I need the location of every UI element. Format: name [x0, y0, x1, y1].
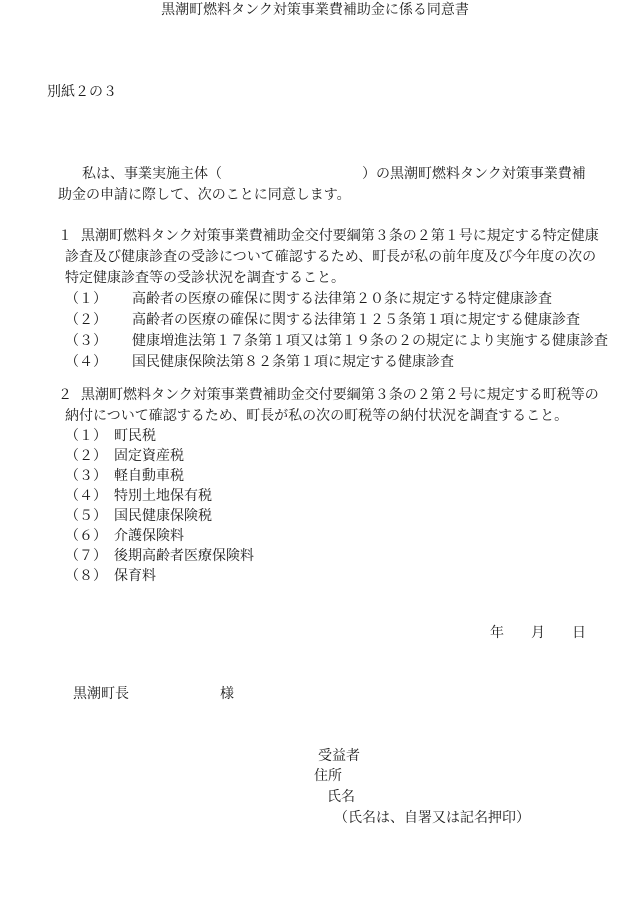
- intro-text-before-blank: 私は、事業実施主体（: [82, 167, 222, 182]
- list-item-text: 高齢者の医療の確保に関する法律第１２５条第１項に規定する健康診査: [132, 313, 580, 328]
- document-title: 黒潮町燃料タンク対策事業費補助金に係る同意書: [0, 0, 630, 21]
- section-1-number: １: [58, 226, 72, 247]
- list-item-text: 後期高齢者医療保険料: [114, 549, 254, 564]
- list-item-number: （８）: [65, 567, 107, 587]
- list-item: （８）保育料: [65, 567, 254, 587]
- honorific-label: 様: [220, 687, 234, 702]
- list-item-text: 高齢者の医療の確保に関する法律第２０条に規定する特定健康診査: [132, 292, 552, 307]
- list-item-number: （６）: [65, 527, 107, 547]
- list-item-text: 介護保険料: [114, 529, 184, 544]
- addressee-title: 黒潮町長: [73, 687, 129, 702]
- list-item-number: （４）: [65, 352, 107, 373]
- list-item-number: （１）: [65, 289, 107, 310]
- list-item: （３）軽自動車税: [65, 467, 254, 487]
- list-item: （７）後期高齢者医療保険料: [65, 547, 254, 567]
- address-label: 住所: [314, 766, 342, 787]
- list-item-number: （１）: [65, 427, 107, 447]
- list-item: （５）国民健康保険税: [65, 507, 254, 527]
- list-item-number: （５）: [65, 507, 107, 527]
- section-2-heading-line: 納付について確認するため、町長が私の次の町税等の納付状況を調査すること。: [65, 406, 599, 427]
- document-page: 別紙２の３ 黒潮町燃料タンク対策事業費補助金に係る同意書 私は、事業実施主体（）…: [0, 0, 630, 903]
- intro-line-1: 私は、事業実施主体（）の黒潮町燃料タンク対策事業費補: [82, 164, 586, 185]
- list-item: （６）介護保険料: [65, 527, 254, 547]
- intro-line-2: 助金の申請に際して、次のことに同意します。: [58, 185, 586, 206]
- signatory-role-label: 受益者: [318, 746, 360, 767]
- signature-note: （氏名は、自署又は記名押印）: [334, 808, 530, 829]
- date-line: 年 月 日: [490, 623, 586, 644]
- list-item-number: （７）: [65, 547, 107, 567]
- section-1-heading-text: 黒潮町燃料タンク対策事業費補助金交付要綱第３条の２第１号に規定する特定健康: [81, 229, 599, 244]
- section-1: １黒潮町燃料タンク対策事業費補助金交付要綱第３条の２第１号に規定する特定健康 診…: [58, 226, 608, 373]
- list-item: （４）特別土地保有税: [65, 487, 254, 507]
- list-item-number: （２）: [65, 310, 107, 331]
- name-label: 氏名: [327, 787, 355, 808]
- list-item-text: 保育料: [114, 569, 156, 584]
- list-item-text: 特別土地保有税: [114, 489, 212, 504]
- list-item-number: （３）: [65, 467, 107, 487]
- list-item-number: （２）: [65, 447, 107, 467]
- list-item-number: （３）: [65, 331, 107, 352]
- list-item-text: 国民健康保険法第８２条第１項に規定する健康診査: [132, 355, 454, 370]
- year-label: 年: [490, 623, 504, 644]
- section-2-heading-text: 黒潮町燃料タンク対策事業費補助金交付要綱第３条の２第２号に規定する町税等の: [81, 388, 599, 403]
- section-2-heading-line: ２黒潮町燃料タンク対策事業費補助金交付要綱第３条の２第２号に規定する町税等の: [58, 385, 599, 406]
- list-item: （２）固定資産税: [65, 447, 254, 467]
- list-item: （２）高齢者の医療の確保に関する法律第１２５条第１項に規定する健康診査: [65, 310, 608, 331]
- list-item-text: 軽自動車税: [114, 469, 184, 484]
- section-2: ２黒潮町燃料タンク対策事業費補助金交付要綱第３条の２第２号に規定する町税等の 納…: [58, 385, 599, 427]
- list-item-text: 健康増進法第１７条第１項又は第１９条の２の規定により実施する健康診査: [132, 334, 608, 349]
- section-2-item-list: （１）町民税 （２）固定資産税 （３）軽自動車税 （４）特別土地保有税 （５）国…: [65, 427, 254, 587]
- section-2-number: ２: [58, 385, 72, 406]
- applicant-blank-field: [222, 177, 362, 178]
- list-item: （１）町民税: [65, 427, 254, 447]
- intro-paragraph: 私は、事業実施主体（）の黒潮町燃料タンク対策事業費補 助金の申請に際して、次のこ…: [58, 164, 586, 206]
- addressee-line: 黒潮町長様: [73, 684, 234, 705]
- list-item-number: （４）: [65, 487, 107, 507]
- month-label: 月: [531, 623, 545, 644]
- list-item: （４）国民健康保険法第８２条第１項に規定する健康診査: [65, 352, 608, 373]
- intro-text-after-blank: ）の黒潮町燃料タンク対策事業費補: [362, 167, 586, 182]
- section-1-heading-line: １黒潮町燃料タンク対策事業費補助金交付要綱第３条の２第１号に規定する特定健康: [58, 226, 608, 247]
- list-item-text: 町民税: [114, 429, 156, 444]
- day-label: 日: [572, 623, 586, 644]
- list-item: （１）高齢者の医療の確保に関する法律第２０条に規定する特定健康診査: [65, 289, 608, 310]
- list-item-text: 固定資産税: [114, 449, 184, 464]
- list-item-text: 国民健康保険税: [114, 509, 212, 524]
- section-1-heading-line: 診査及び健康診査の受診について確認するため、町長が私の前年度及び今年度の次の: [65, 247, 608, 268]
- attachment-label: 別紙２の３: [47, 82, 117, 103]
- list-item: （３）健康増進法第１７条第１項又は第１９条の２の規定により実施する健康診査: [65, 331, 608, 352]
- section-1-heading-line: 特定健康診査等の受診状況を調査すること。: [65, 268, 608, 289]
